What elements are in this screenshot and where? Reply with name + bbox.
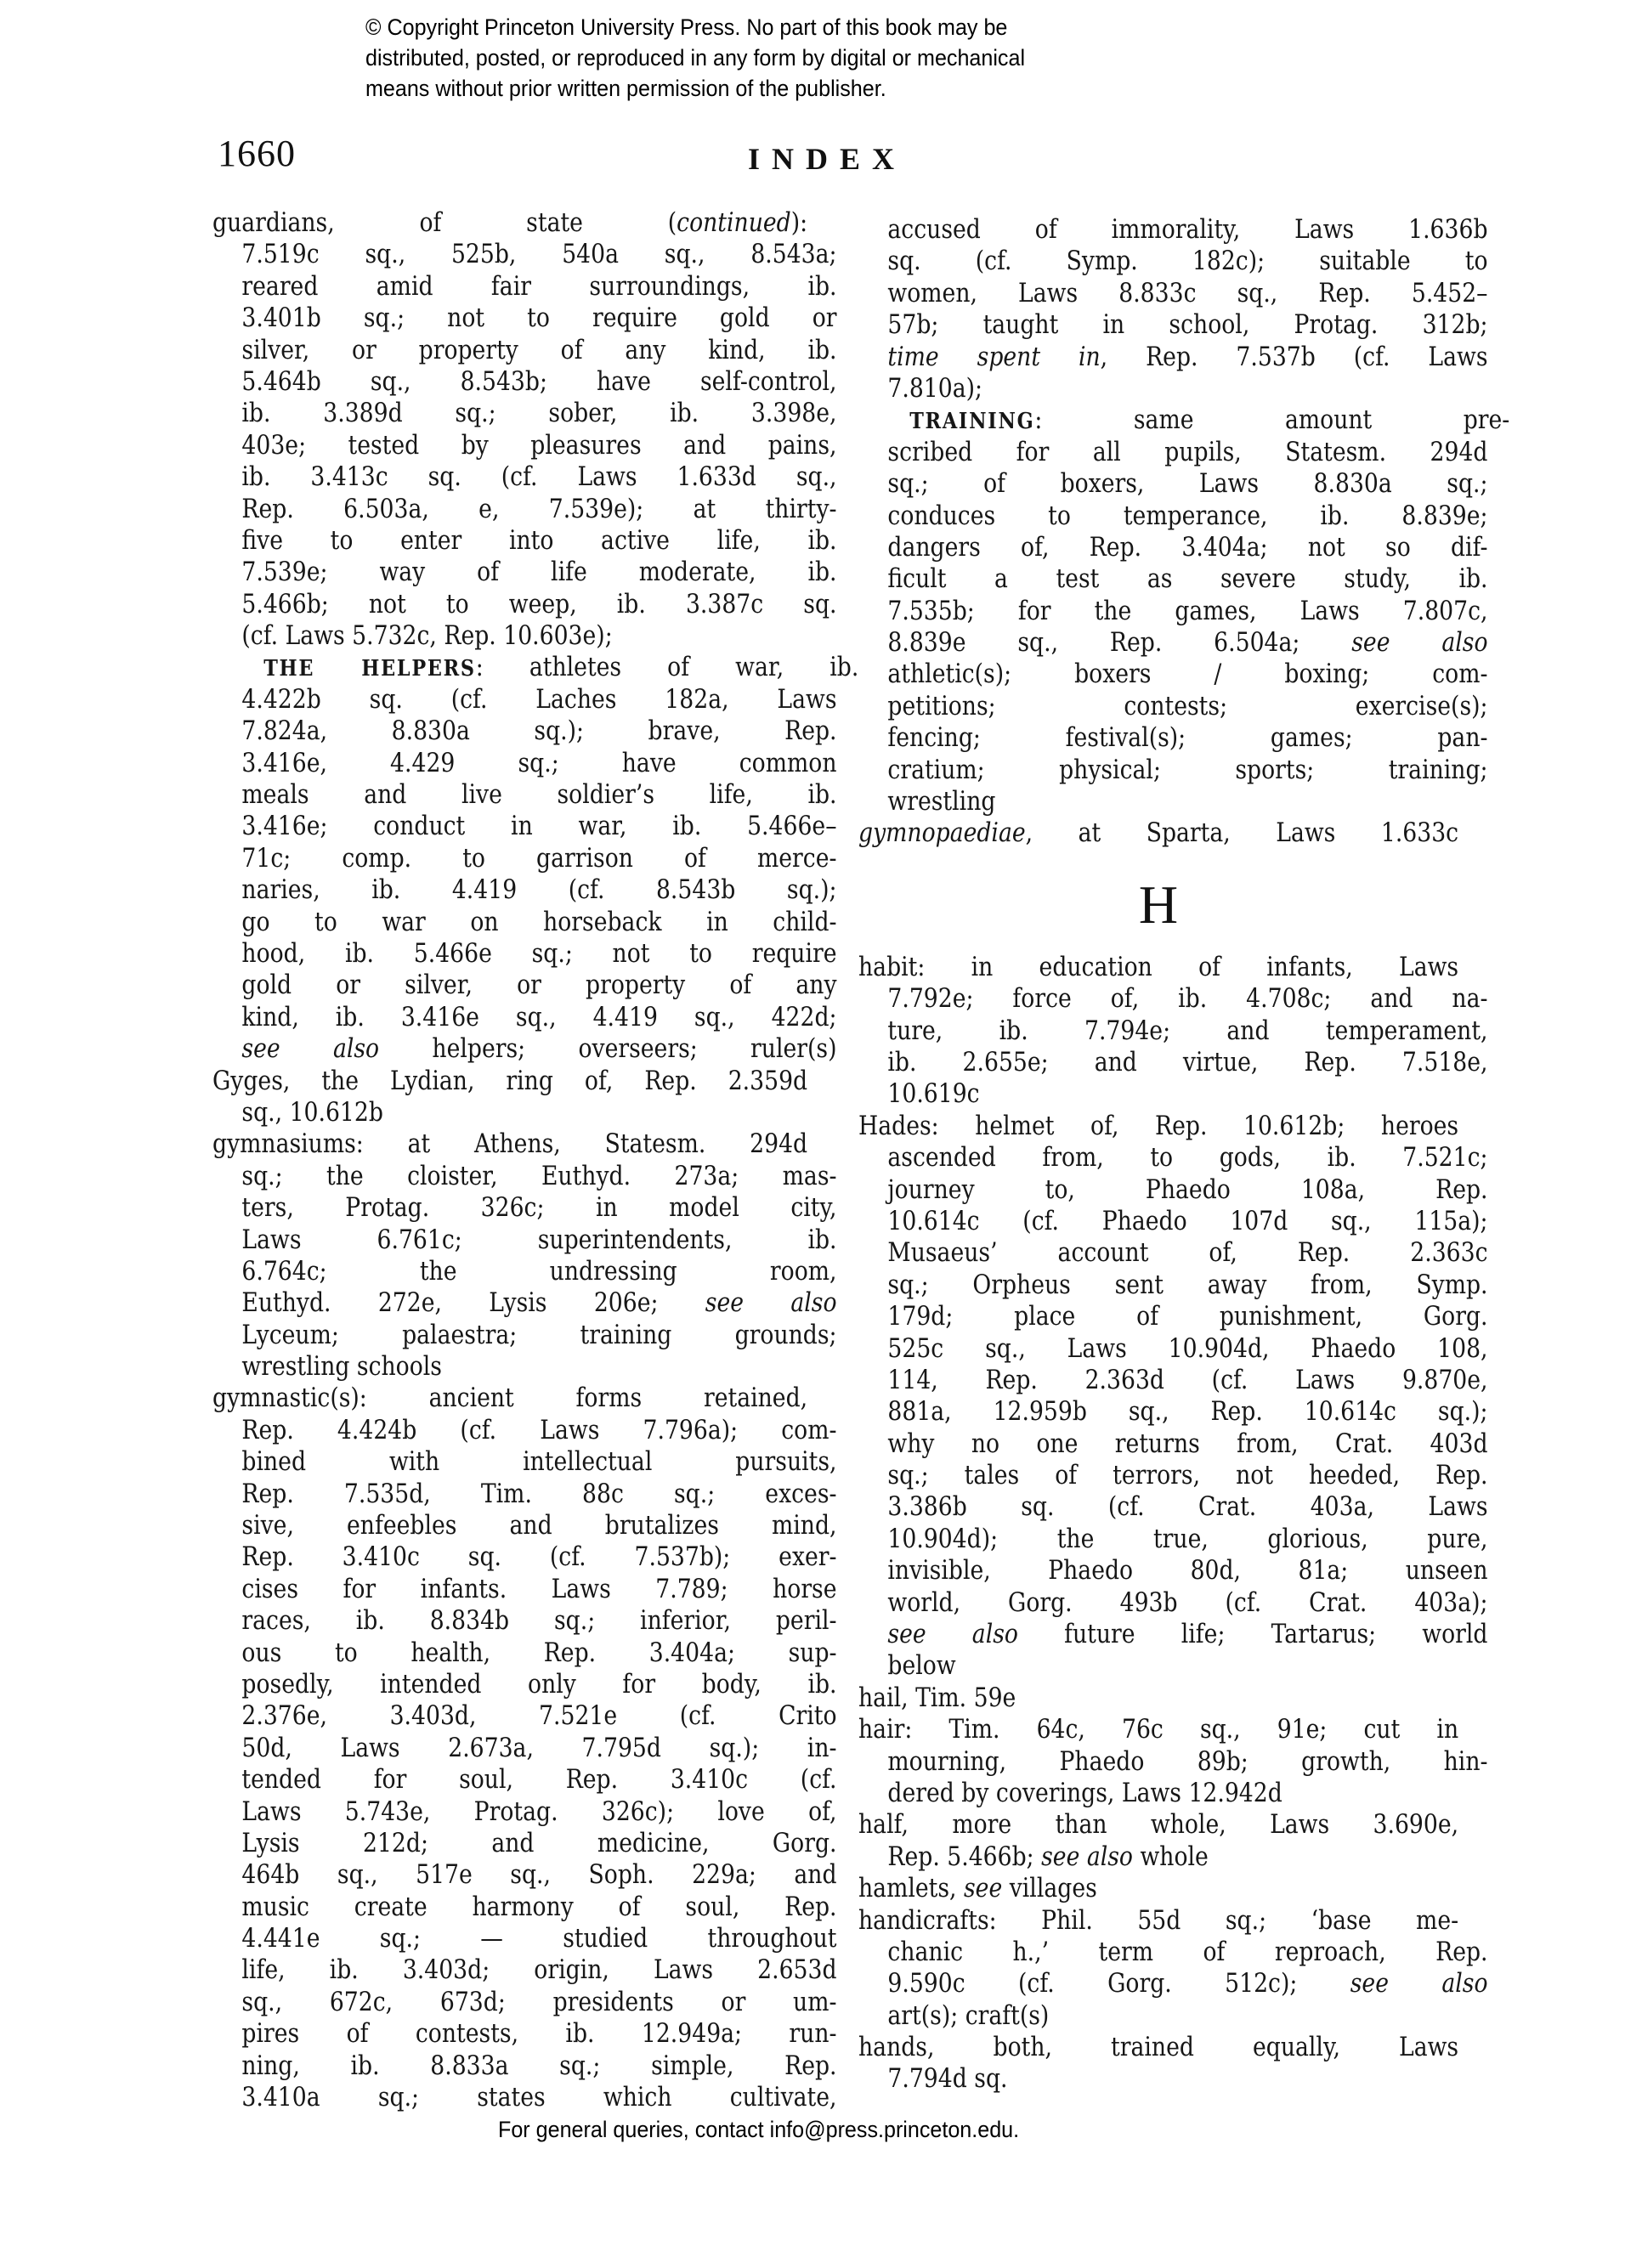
running-head: INDEX (748, 141, 906, 177)
index-entry-line: see also future life; Tartarus; world (858, 1619, 1488, 1650)
index-entries-h: habit: in education of infants, Laws7.79… (858, 952, 1458, 2095)
index-entry-line: sive, enfeebles and brutalizes mind, (212, 1510, 837, 1541)
index-entry-line: 3.410a sq.; states which cultivate, (212, 2082, 837, 2113)
index-entry-line: 10.619c (858, 1078, 1488, 1110)
index-entry-line: art(s); craft(s) (858, 2000, 1488, 2032)
index-entries-g: accused of immorality, Laws 1.636bsq. (c… (858, 214, 1458, 850)
index-entry-line: tended for soul, Rep. 3.410c (cf. (212, 1764, 837, 1796)
index-entry-line: kind, ib. 3.416e sq., 4.419 sq., 422d; (212, 1002, 837, 1033)
index-entry-line: time spent in, Rep. 7.537b (cf. Laws (858, 342, 1488, 373)
index-entry-line: ning, ib. 8.833a sq.; simple, Rep. (212, 2050, 837, 2082)
index-entry-line: Musaeus’ account of, Rep. 2.363c (858, 1237, 1488, 1269)
index-entry-line: sq., 672c, 673d; presidents or um- (212, 1987, 837, 2018)
index-entry-line: meals and live soldier’s life, ib. (212, 779, 837, 811)
index-entry-line: ib. 3.413c sq. (cf. Laws 1.633d sq., (212, 461, 837, 493)
index-entry-line: athletic(s); boxers / boxing; com- (858, 659, 1488, 690)
index-entry-line: sq.; of boxers, Laws 8.830a sq.; (858, 468, 1488, 500)
index-entry-line: 881a, 12.959b sq., Rep. 10.614c sq.); (858, 1396, 1488, 1428)
copyright-line: distributed, posted, or reproduced in an… (365, 42, 1156, 73)
index-entry-line: 4.441e sq.; — studied throughout (212, 1923, 837, 1954)
index-entry-line: pires of contests, ib. 12.949a; run- (212, 2018, 837, 2050)
index-entry-line: below (858, 1650, 1488, 1682)
copyright-line: means without prior written permission o… (365, 73, 1156, 104)
index-entry-line: life, ib. 3.403d; origin, Laws 2.653d (212, 1954, 837, 1986)
index-entry-line: 7.792e; force of, ib. 4.708c; and na- (858, 983, 1488, 1015)
footer-contact: For general queries, contact info@press.… (498, 2117, 1019, 2143)
index-entry-line: 9.590c (cf. Gorg. 512c); see also (858, 1968, 1488, 1999)
index-entry-line: 525c sq., Laws 10.904d, Phaedo 108, (858, 1333, 1488, 1365)
index-entry-line: THE HELPERS: athletes of war, ib. (212, 652, 858, 683)
section-letter-heading: H (858, 850, 1458, 952)
index-entry-line: Euthyd. 272e, Lysis 206e; see also (212, 1287, 837, 1319)
index-entry-line: 2.376e, 3.403d, 7.521e (cf. Crito (212, 1700, 837, 1732)
index-entry-line: naries, ib. 4.419 (cf. 8.543b sq.); (212, 874, 837, 906)
index-entry-line: journey to, Phaedo 108a, Rep. (858, 1174, 1488, 1206)
index-entry-line: conduces to temperance, ib. 8.839e; (858, 501, 1488, 532)
index-entry-line: 3.416e, 4.429 sq.; have common (212, 748, 837, 779)
index-entry-headword-line: hail, Tim. 59e (858, 1683, 1458, 1714)
index-entry-line: 114, Rep. 2.363d (cf. Laws 9.870e, (858, 1365, 1488, 1396)
index-entry-line: 5.466b; not to weep, ib. 3.387c sq. (212, 589, 837, 620)
index-entry-headword-line: Gyges, the Lydian, ring of, Rep. 2.359d (212, 1066, 807, 1097)
index-entry-line: cratium; physical; sports; training; (858, 755, 1488, 786)
copyright-notice: © Copyright Princeton University Press. … (365, 12, 1156, 104)
index-entry-line: Rep. 6.503a, e, 7.539e); at thirty- (212, 494, 837, 525)
index-entry-headword-line: half, more than whole, Laws 3.690e, (858, 1809, 1458, 1841)
index-entry-line: (cf. Laws 5.732c, Rep. 10.603e); (212, 620, 837, 652)
index-entry-line: TRAINING: same amount pre- (858, 404, 1509, 436)
index-entry-line: 3.401b sq.; not to require gold or (212, 303, 837, 334)
index-entry-line: ficult a test as severe study, ib. (858, 563, 1488, 595)
index-entry-line: 6.764c; the undressing room, (212, 1256, 837, 1287)
index-entry-line: sq.; Orpheus sent away from, Symp. (858, 1270, 1488, 1301)
index-entry-line: 7.794d sq. (858, 2063, 1488, 2095)
index-entry-line: women, Laws 8.833c sq., Rep. 5.452– (858, 278, 1488, 309)
index-entry-headword-line: guardians, of state (continued): (212, 207, 807, 239)
index-entry-line: Laws 5.743e, Protag. 326c); love of, (212, 1796, 837, 1828)
index-entry-line: ascended from, to gods, ib. 7.521c; (858, 1142, 1488, 1174)
index-entry-headword-line: gymnasiums: at Athens, Statesm. 294d (212, 1128, 807, 1160)
index-entry-line: cises for infants. Laws 7.789; horse (212, 1574, 837, 1605)
index-entry-headword-line: gymnopaediae, at Sparta, Laws 1.633c (858, 817, 1458, 849)
index-entry-line: 50d, Laws 2.673a, 7.795d sq.); in- (212, 1733, 837, 1764)
index-entry-line: Rep. 7.535d, Tim. 88c sq.; exces- (212, 1479, 837, 1510)
index-entry-line: ous to health, Rep. 3.404a; sup- (212, 1637, 837, 1669)
index-entry-line: ters, Protag. 326c; in model city, (212, 1192, 837, 1224)
index-entry-line: sq., 10.612b (212, 1097, 837, 1128)
index-entry-headword-line: Hades: helmet of, Rep. 10.612b; heroes (858, 1111, 1458, 1142)
index-entry-line: Rep. 3.410c sq. (cf. 7.537b); exer- (212, 1541, 837, 1573)
index-entry-line: go to war on horseback in child- (212, 907, 837, 938)
index-entry-line: wrestling schools (212, 1351, 837, 1383)
index-entry-line: 10.614c (cf. Phaedo 107d sq., 115a); (858, 1206, 1488, 1237)
index-entry-line: see also helpers; overseers; ruler(s) (212, 1033, 837, 1065)
index-entry-line: petitions; contests; exercise(s); (858, 691, 1488, 722)
index-entry-line: 57b; taught in school, Protag. 312b; (858, 309, 1488, 341)
index-entry-line: 7.810a); (858, 373, 1488, 404)
index-entry-line: silver, or property of any kind, ib. (212, 335, 837, 366)
index-entry-headword-line: handicrafts: Phil. 55d sq.; ‘base me- (858, 1905, 1458, 1937)
index-entry-headword-line: gymnastic(s): ancient forms retained, (212, 1383, 807, 1414)
index-entry-line: 464b sq., 517e sq., Soph. 229a; and (212, 1859, 837, 1891)
index-entry-line: Rep. 5.466b; see also whole (858, 1841, 1488, 1873)
index-entry-line: sq.; the cloister, Euthyd. 273a; mas- (212, 1161, 837, 1192)
index-entry-line: ib. 2.655e; and virtue, Rep. 7.518e, (858, 1047, 1488, 1078)
index-entry-line: invisible, Phaedo 80d, 81a; unseen (858, 1555, 1488, 1586)
index-entry-line: world, Gorg. 493b (cf. Crat. 403a); (858, 1587, 1488, 1619)
index-entry-line: reared amid fair surroundings, ib. (212, 271, 837, 303)
index-entry-headword-line: hands, both, trained equally, Laws (858, 2032, 1458, 2063)
index-entry-headword-line: hair: Tim. 64c, 76c sq., 91e; cut in (858, 1714, 1458, 1745)
index-entry-line: ib. 3.389d sq.; sober, ib. 3.398e, (212, 398, 837, 429)
index-entry-line: dered by coverings, Laws 12.942d (858, 1778, 1488, 1809)
index-entry-line: Laws 6.761c; superintendents, ib. (212, 1224, 837, 1256)
index-entry-line: hood, ib. 5.466e sq.; not to require (212, 938, 837, 970)
index-entry-line: mourning, Phaedo 89b; growth, hin- (858, 1746, 1488, 1778)
index-column-left: guardians, of state (continued):7.519c s… (212, 207, 807, 2113)
index-entry-headword-line: habit: in education of infants, Laws (858, 952, 1458, 983)
index-entry-line: 7.519c sq., 525b, 540a sq., 8.543a; (212, 239, 837, 270)
index-entry-line: scribed for all pupils, Statesm. 294d (858, 437, 1488, 468)
page-number: 1660 (218, 132, 296, 175)
index-entry-line: 4.422b sq. (cf. Laches 182a, Laws (212, 684, 837, 715)
index-entry-line: sq.; tales of terrors, not heeded, Rep. (858, 1460, 1488, 1491)
index-entry-line: 7.539e; way of life moderate, ib. (212, 557, 837, 588)
index-entry-line: 3.386b sq. (cf. Crat. 403a, Laws (858, 1491, 1488, 1523)
index-entry-line: 5.464b sq., 8.543b; have self-control, (212, 366, 837, 398)
index-entry-line: music create harmony of soul, Rep. (212, 1892, 837, 1923)
index-entry-line: chanic h.,’ term of reproach, Rep. (858, 1937, 1488, 1968)
index-entry-line: five to enter into active life, ib. (212, 525, 837, 557)
index-entry-line: races, ib. 8.834b sq.; inferior, peril- (212, 1605, 837, 1637)
index-entry-line: bined with intellectual pursuits, (212, 1446, 837, 1478)
index-entry-line: fencing; festival(s); games; pan- (858, 722, 1488, 754)
index-entry-line: dangers of, Rep. 3.404a; not so dif- (858, 532, 1488, 563)
index-entry-line: 3.416e; conduct in war, ib. 5.466e– (212, 811, 837, 842)
index-entry-line: Rep. 4.424b (cf. Laws 7.796a); com- (212, 1415, 837, 1446)
index-entry-line: gold or silver, or property of any (212, 970, 837, 1001)
index-entry-headword-line: hamlets, see villages (858, 1873, 1458, 1904)
copyright-line: © Copyright Princeton University Press. … (365, 12, 1156, 42)
index-entry-line: sq. (cf. Symp. 182c); suitable to (858, 246, 1488, 277)
index-entry-line: 179d; place of punishment, Gorg. (858, 1301, 1488, 1332)
index-entry-line: Lyceum; palaestra; training grounds; (212, 1320, 837, 1351)
index-entry-line: accused of immorality, Laws 1.636b (858, 214, 1488, 246)
index-entry-line: 71c; comp. to garrison of merce- (212, 843, 837, 874)
index-entry-line: 403e; tested by pleasures and pains, (212, 430, 837, 461)
index-entry-line: 7.535b; for the games, Laws 7.807c, (858, 596, 1488, 627)
index-entry-line: why no one returns from, Crat. 403d (858, 1428, 1488, 1460)
index-entry-line: Lysis 212d; and medicine, Gorg. (212, 1828, 837, 1859)
index-entry-line: 8.839e sq., Rep. 6.504a; see also (858, 627, 1488, 659)
index-entry-line: 7.824a, 8.830a sq.); brave, Rep. (212, 715, 837, 747)
index-entry-line: 10.904d); the true, glorious, pure, (858, 1524, 1488, 1555)
index-entry-line: wrestling (858, 786, 1488, 817)
index-entry-line: ture, ib. 7.794e; and temperament, (858, 1015, 1488, 1047)
index-entry-line: posedly, intended only for body, ib. (212, 1669, 837, 1700)
index-column-right: accused of immorality, Laws 1.636bsq. (c… (858, 214, 1458, 2095)
